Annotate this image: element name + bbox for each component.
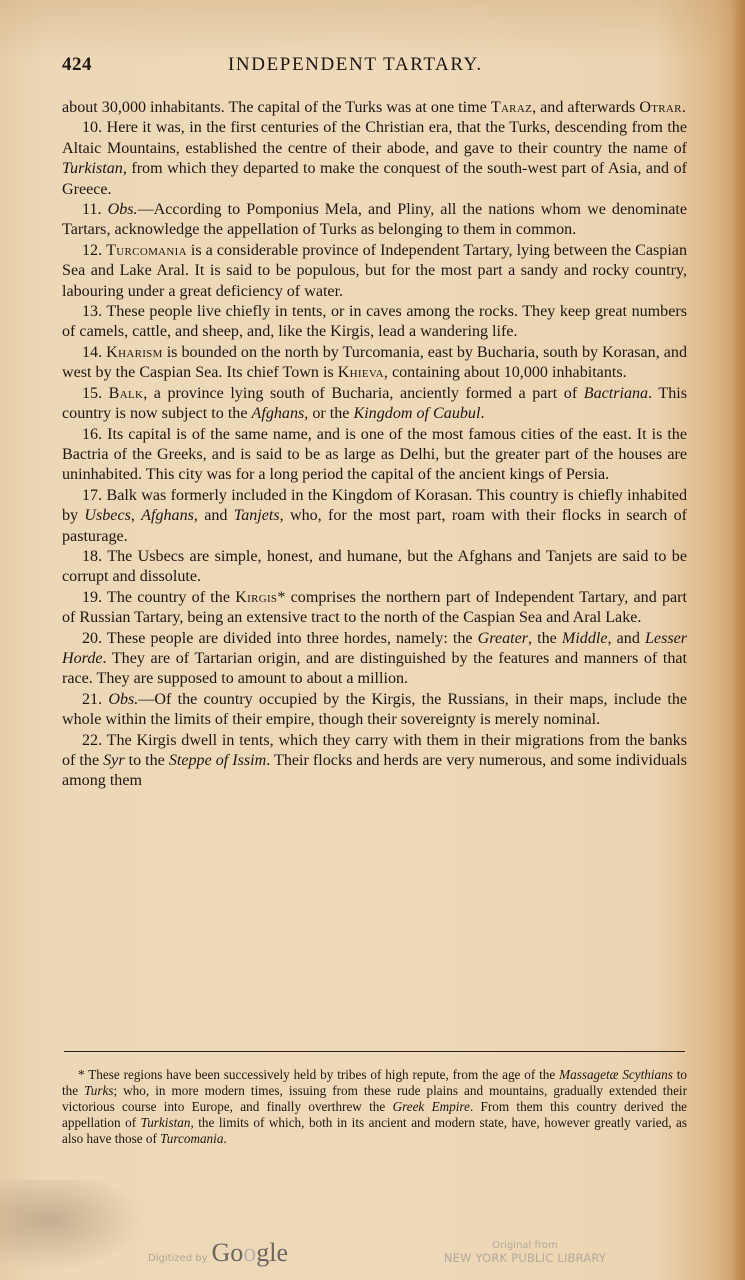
italic-term: Greater [478,630,528,647]
italic-term: Obs. [108,201,138,218]
paragraph-p18: 18. The Usbecs are simple, honest, and h… [62,547,687,588]
small-caps-term: Kirgis [235,589,277,606]
text-run: , or the [304,405,353,422]
paragraph-p21: 21. Obs.—Of the country occupied by the … [62,690,687,731]
italic-term: Afghans [141,507,194,524]
text-run: 20. These people are divided into three … [82,630,478,647]
text-run: , and [608,630,645,647]
paragraph-p20: 20. These people are divided into three … [62,629,687,690]
text-run: , and afterwards [532,99,639,116]
text-run: about 30,000 inhabitants. The capital of… [62,99,491,116]
text-run: , [131,507,141,524]
text-run: 16. Its capital is of the same name, and… [62,426,687,484]
paragraph-p11: 11. Obs.—According to Pomponius Mela, an… [62,200,687,241]
paragraph-p13: 13. These people live chiefly in tents, … [62,302,687,343]
text-run: 15. [82,385,109,402]
text-run: 21. [82,691,108,708]
text-run: 12. [82,242,106,259]
small-caps-term: Turcomania [106,242,187,259]
italic-term: Turkistan [141,1115,191,1130]
text-run: 11. [82,201,108,218]
footnote-rule [64,1051,685,1052]
text-run: to the [125,752,169,769]
text-run: . [480,405,484,422]
page-number: 424 [62,54,92,76]
text-run: . They are of Tartarian origin, and are … [62,650,687,687]
text-run: 10. Here it was, in the first centuries … [62,119,687,156]
text-run: , the [528,630,562,647]
italic-term: Middle [562,630,608,647]
text-run: 19. The country of the [82,589,235,606]
text-run: , containing about 10,000 inhabitants. [384,364,627,381]
running-head: 424 INDEPENDENT TARTARY. [62,54,687,80]
digitized-by-label: Digitized by [148,1253,208,1264]
italic-term: Turkistan [62,160,123,177]
small-caps-term: Balk [109,385,144,402]
paragraph-p19: 19. The country of the Kirgis* comprises… [62,588,687,629]
footnote: * These regions have been successively h… [62,1067,687,1147]
text-run: —Of the country occupied by the Kirgis, … [62,691,687,728]
small-caps-term: Taraz [491,99,532,116]
text-run: —According to Pomponius Mela, and Pliny,… [62,201,687,238]
paragraph-p10: 10. Here it was, in the first centuries … [62,118,687,200]
paragraph-p14: 14. Kharism is bounded on the north by T… [62,343,687,384]
italic-term: Massagetæ Scythians [559,1067,673,1082]
text-run: . [223,1131,226,1146]
text-run: 13. These people live chiefly in tents, … [62,303,687,340]
paragraph-p15: 15. Balk, a province lying south of Buch… [62,384,687,425]
text-run: , and [194,507,234,524]
italic-term: Kingdom of Caubul [353,405,480,422]
italic-term: Steppe of Issim [169,752,266,769]
paragraph-p16: 16. Its capital is of the same name, and… [62,425,687,486]
page-edge-shadow [731,0,745,1280]
paragraph-p22: 22. The Kirgis dwell in tents, which the… [62,731,687,792]
italic-term: Afghans [252,405,305,422]
text-run: , a province lying south of Bucharia, an… [143,385,584,402]
paper-stain-top [0,0,745,60]
text-run: , from which they departed to make the c… [62,160,687,197]
text-run: * These regions have been successively h… [78,1067,559,1082]
italic-term: Usbecs [84,507,130,524]
paragraph-p9cont: about 30,000 inhabitants. The capital of… [62,98,687,118]
text-run: 14. [82,344,106,361]
small-caps-term: Khieva [338,364,384,381]
italic-term: Greek Empire [393,1099,470,1114]
paragraph-p12: 12. Turcomania is a considerable provinc… [62,241,687,302]
google-logo: Google [212,1238,289,1268]
body-text: about 30,000 inhabitants. The capital of… [62,98,687,792]
paper-stain-bottom-left [0,1180,160,1280]
small-caps-term: Otrar [639,99,681,116]
small-caps-term: Kharism [106,344,163,361]
paragraph-p17: 17. Balk was formerly included in the Ki… [62,486,687,547]
text-run: 18. The Usbecs are simple, honest, and h… [62,548,687,585]
library-watermark: Original from NEW YORK PUBLIC LIBRARY [440,1240,610,1265]
digitized-by-google-watermark: Digitized by Google [148,1238,288,1270]
running-title: INDEPENDENT TARTARY. [228,54,483,76]
library-name: NEW YORK PUBLIC LIBRARY [440,1251,610,1265]
italic-term: Turks [84,1083,113,1098]
italic-term: Syr [103,752,124,769]
italic-term: Tanjets [234,507,280,524]
original-from-label: Original from [440,1240,610,1251]
italic-term: Bactriana [584,385,648,402]
text-run: . [682,99,686,116]
italic-term: Obs. [108,691,138,708]
footnote-paragraph: * These regions have been successively h… [62,1067,687,1147]
italic-term: Turcomania [160,1131,223,1146]
